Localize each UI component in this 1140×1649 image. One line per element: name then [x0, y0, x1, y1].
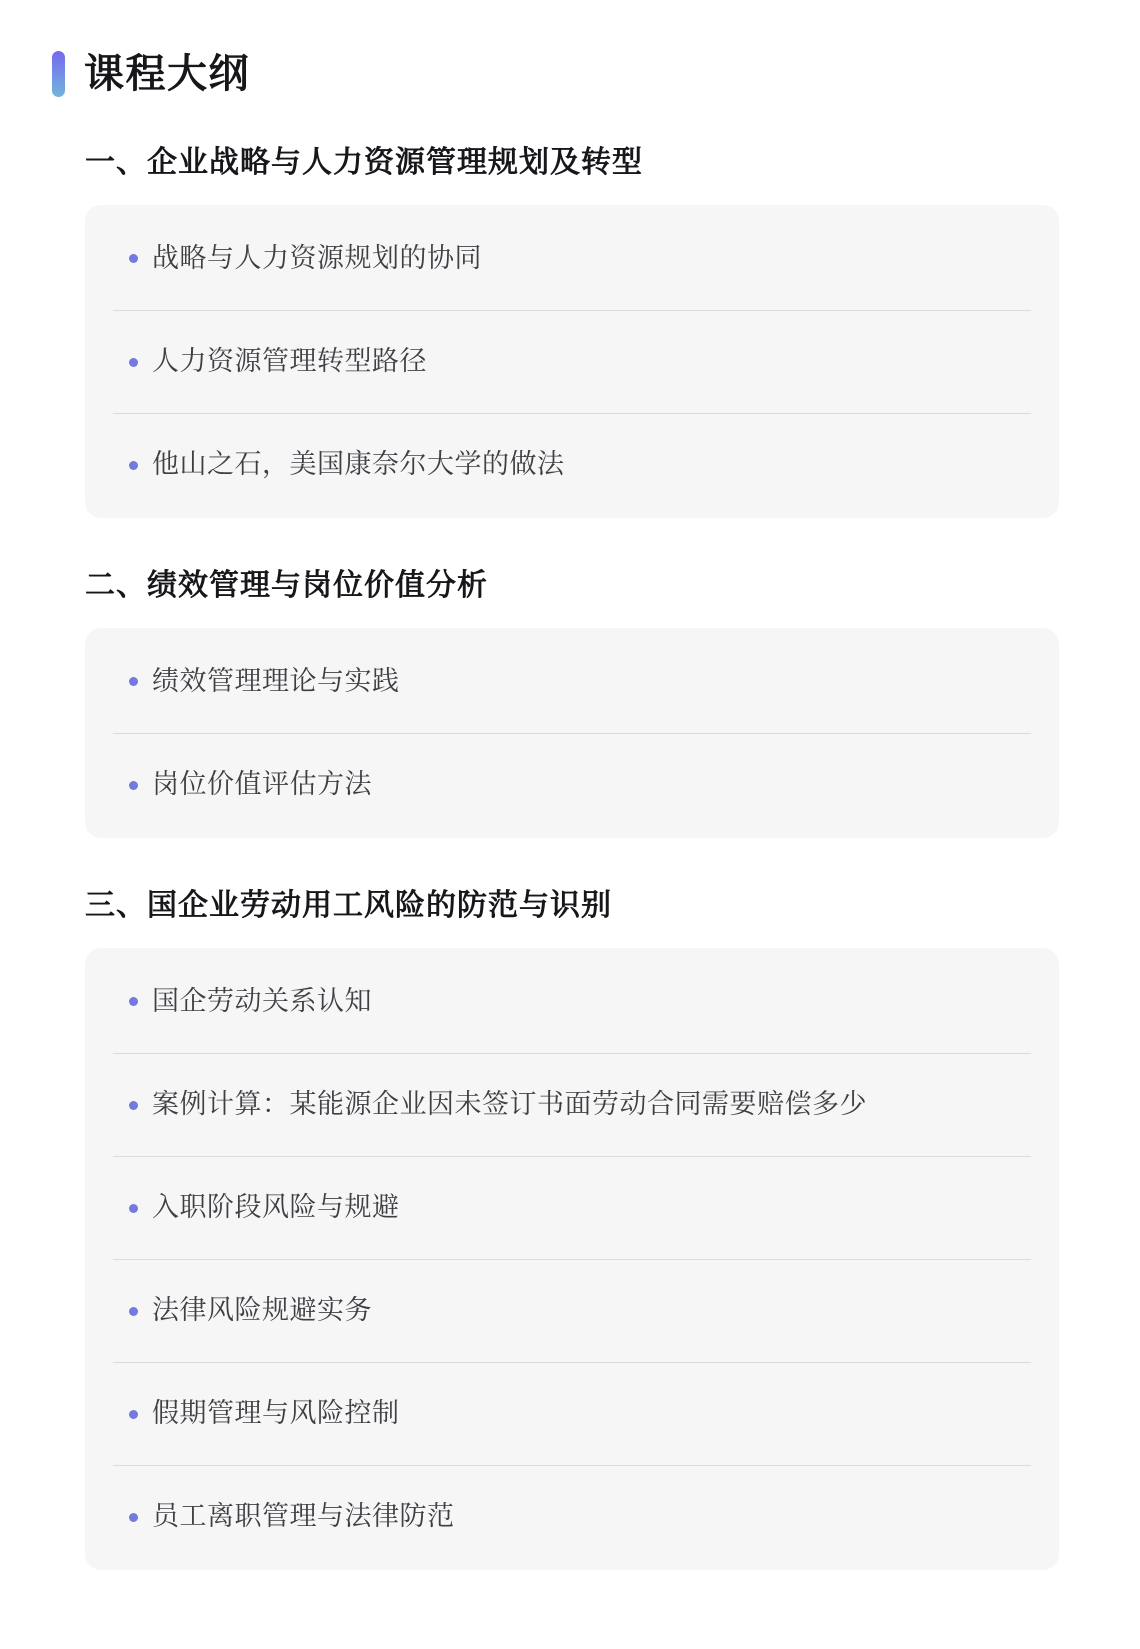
- section-performance-job-value: 二、绩效管理与岗位价值分析 绩效管理理论与实践 岗位价值评估方法: [85, 567, 1059, 838]
- list-item: 人力资源管理转型路径: [113, 310, 1031, 413]
- section-labor-risk: 三、国企业劳动用工风险的防范与识别 国企劳动关系认知 案例计算：某能源企业因未签…: [85, 887, 1059, 1570]
- bullet-dot-icon: [129, 358, 138, 367]
- list-item: 案例计算：某能源企业因未签订书面劳动合同需要赔偿多少: [113, 1053, 1031, 1156]
- list-item: 国企劳动关系认知: [113, 950, 1031, 1053]
- list-item-text: 国企劳动关系认知: [152, 982, 372, 1021]
- section-2-heading: 二、绩效管理与岗位价值分析: [85, 567, 1059, 604]
- list-item-text: 他山之石，美国康奈尔大学的做法: [152, 445, 565, 484]
- list-item: 假期管理与风险控制: [113, 1362, 1031, 1465]
- list-item-text: 假期管理与风险控制: [152, 1394, 400, 1433]
- accent-bar-icon: [52, 51, 65, 97]
- list-item: 法律风险规避实务: [113, 1259, 1031, 1362]
- bullet-dot-icon: [129, 1410, 138, 1419]
- bullet-dot-icon: [129, 254, 138, 263]
- bullet-dot-icon: [129, 781, 138, 790]
- list-item: 入职阶段风险与规避: [113, 1156, 1031, 1259]
- section-3-card: 国企劳动关系认知 案例计算：某能源企业因未签订书面劳动合同需要赔偿多少 入职阶段…: [85, 948, 1059, 1570]
- section-1-card: 战略与人力资源规划的协同 人力资源管理转型路径 他山之石，美国康奈尔大学的做法: [85, 205, 1059, 518]
- bullet-dot-icon: [129, 1101, 138, 1110]
- bullet-dot-icon: [129, 1204, 138, 1213]
- bullet-dot-icon: [129, 677, 138, 686]
- section-strategy-hr-planning: 一、企业战略与人力资源管理规划及转型 战略与人力资源规划的协同 人力资源管理转型…: [85, 144, 1059, 518]
- list-item-text: 案例计算：某能源企业因未签订书面劳动合同需要赔偿多少: [152, 1085, 867, 1124]
- course-outline-page: 课程大纲 一、企业战略与人力资源管理规划及转型 战略与人力资源规划的协同 人力资…: [0, 0, 1140, 1570]
- section-2-card: 绩效管理理论与实践 岗位价值评估方法: [85, 628, 1059, 838]
- page-title: 课程大纲: [84, 50, 250, 98]
- list-item-text: 法律风险规避实务: [152, 1291, 372, 1330]
- bullet-dot-icon: [129, 1513, 138, 1522]
- list-item-text: 战略与人力资源规划的协同: [152, 239, 482, 278]
- list-item: 员工离职管理与法律防范: [113, 1465, 1031, 1568]
- list-item-text: 绩效管理理论与实践: [152, 662, 400, 701]
- list-item: 战略与人力资源规划的协同: [113, 207, 1031, 310]
- bullet-dot-icon: [129, 461, 138, 470]
- list-item-text: 人力资源管理转型路径: [152, 342, 427, 381]
- list-item-text: 入职阶段风险与规避: [152, 1188, 400, 1227]
- list-item-text: 岗位价值评估方法: [152, 765, 372, 804]
- section-1-heading: 一、企业战略与人力资源管理规划及转型: [85, 144, 1059, 181]
- page-header: 课程大纲: [52, 50, 1059, 98]
- bullet-dot-icon: [129, 997, 138, 1006]
- bullet-dot-icon: [129, 1307, 138, 1316]
- list-item-text: 员工离职管理与法律防范: [152, 1497, 455, 1536]
- section-3-heading: 三、国企业劳动用工风险的防范与识别: [85, 887, 1059, 924]
- list-item: 他山之石，美国康奈尔大学的做法: [113, 413, 1031, 516]
- list-item: 岗位价值评估方法: [113, 733, 1031, 836]
- list-item: 绩效管理理论与实践: [113, 630, 1031, 733]
